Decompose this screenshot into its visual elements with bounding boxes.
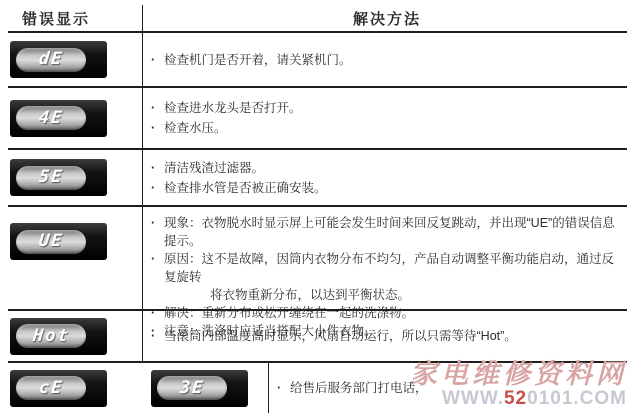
solution-cell: · 检查进水龙头是否打开。 · 检查水压。: [142, 88, 627, 148]
error-display-cell: UE: [8, 207, 142, 309]
error-code: 4E: [38, 110, 64, 127]
solution-text: 将衣物重新分布，以达到平衡状态。: [164, 286, 410, 304]
lcd-screen: UE: [16, 230, 86, 254]
header-solution-col: 解决方法: [142, 5, 627, 31]
table-row-ce-3e: cE 3E · 给售后服务部门打电话，: [8, 363, 627, 413]
led-display-panel: cE: [10, 370, 107, 407]
table-row-de: dE · 检查机门是否开着，请关紧机门。: [8, 33, 627, 88]
led-display-panel: UE: [10, 223, 107, 260]
error-display-cell: 5E: [8, 150, 142, 205]
error-code: 5E: [38, 169, 64, 186]
table-row-ue: UE · 现象：衣物脱水时显示屏上可能会发生时间来回反复跳动，并出现“UE”的错…: [8, 207, 627, 311]
solution-line: · 当滚筒内部温度高时显示，风扇自动运行，所以只需等待“Hot”。: [151, 326, 623, 346]
solution-cell: · 现象：衣物脱水时显示屏上可能会发生时间来回反复跳动，并出现“UE”的错误信息…: [142, 207, 627, 309]
manual-page: 错误显示 解决方法 dE · 检查机门是否开着，请关紧机门。: [0, 0, 633, 413]
lcd-screen: dE: [16, 48, 86, 72]
lcd-screen: 5E: [16, 166, 86, 190]
solution-line: · 检查机门是否开着，请关紧机门。: [151, 50, 623, 70]
solution-text: 检查水压。: [164, 118, 227, 138]
bullet: ·: [151, 250, 164, 286]
solution-cell: · 清洁残渣过滤器。 · 检查排水管是否被正确安装。: [142, 150, 627, 205]
led-display-panel: Hot: [10, 318, 107, 355]
solution-cell: · 当滚筒内部温度高时显示，风扇自动运行，所以只需等待“Hot”。: [142, 311, 627, 361]
solution-line: · 清洁残渣过滤器。: [151, 158, 623, 178]
solution-text: 清洁残渣过滤器。: [164, 158, 264, 178]
table-row-5e: 5E · 清洁残渣过滤器。 · 检查排水管是否被正确安装。: [8, 150, 627, 207]
solution-line: · 给售后服务部门打电话，: [277, 378, 623, 398]
solution-text: 检查进水龙头是否打开。: [164, 98, 302, 118]
bullet: [151, 286, 164, 304]
header-row: 错误显示 解决方法: [8, 5, 627, 33]
lcd-screen: Hot: [16, 324, 86, 348]
bullet: ·: [151, 214, 164, 250]
solution-line: · 检查进水龙头是否打开。: [151, 98, 623, 118]
bullet: ·: [277, 378, 290, 398]
solution-line: · 检查水压。: [151, 118, 623, 138]
solution-text: 检查排水管是否被正确安装。: [164, 178, 327, 198]
header-error-col: 错误显示: [8, 5, 142, 31]
solution-text: 给售后服务部门打电话，: [290, 378, 428, 398]
solution-line: · 现象：衣物脱水时显示屏上可能会发生时间来回反复跳动，并出现“UE”的错误信息…: [151, 214, 623, 250]
lcd-screen: cE: [16, 376, 86, 400]
solution-text: 检查机门是否开着，请关紧机门。: [164, 50, 352, 70]
bullet: ·: [151, 326, 164, 346]
led-display-panel: 4E: [10, 100, 107, 137]
solution-text: 当滚筒内部温度高时显示，风扇自动运行，所以只需等待“Hot”。: [164, 326, 517, 346]
error-code: cE: [38, 380, 64, 397]
error-display-cell: cE 3E: [8, 363, 268, 413]
solution-text: 原因：这不是故障，因筒内衣物分布不均匀，产品自动调整平衡功能启动，通过反复旋转: [164, 250, 623, 286]
led-display-panel: 3E: [151, 370, 248, 407]
error-code: UE: [38, 233, 64, 250]
error-table: 错误显示 解决方法 dE · 检查机门是否开着，请关紧机门。: [8, 5, 627, 413]
error-display-cell: 4E: [8, 88, 142, 148]
bullet: ·: [151, 178, 164, 198]
solution-cell: · 检查机门是否开着，请关紧机门。: [142, 33, 627, 86]
solution-text: 现象：衣物脱水时显示屏上可能会发生时间来回反复跳动，并出现“UE”的错误信息提示…: [164, 214, 623, 250]
led-display-panel: 5E: [10, 159, 107, 196]
solution-cell: · 给售后服务部门打电话，: [268, 363, 627, 413]
solution-line: · 检查排水管是否被正确安装。: [151, 178, 623, 198]
lcd-screen: 4E: [16, 106, 86, 130]
error-display-cell: Hot: [8, 311, 142, 361]
solution-line-continuation: 将衣物重新分布，以达到平衡状态。: [151, 286, 623, 304]
table-row-4e: 4E · 检查进水龙头是否打开。 · 检查水压。: [8, 88, 627, 150]
error-display-cell: dE: [8, 33, 142, 86]
bullet: ·: [151, 50, 164, 70]
solution-line: · 原因：这不是故障，因筒内衣物分布不均匀，产品自动调整平衡功能启动，通过反复旋…: [151, 250, 623, 286]
lcd-screen: 3E: [157, 376, 227, 400]
error-code: 3E: [179, 380, 205, 397]
error-code: dE: [38, 51, 64, 68]
bullet: ·: [151, 118, 164, 138]
led-display-panel: dE: [10, 41, 107, 78]
bullet: ·: [151, 158, 164, 178]
bullet: ·: [151, 98, 164, 118]
table-row-hot: Hot · 当滚筒内部温度高时显示，风扇自动运行，所以只需等待“Hot”。: [8, 311, 627, 363]
error-code: Hot: [32, 328, 71, 345]
